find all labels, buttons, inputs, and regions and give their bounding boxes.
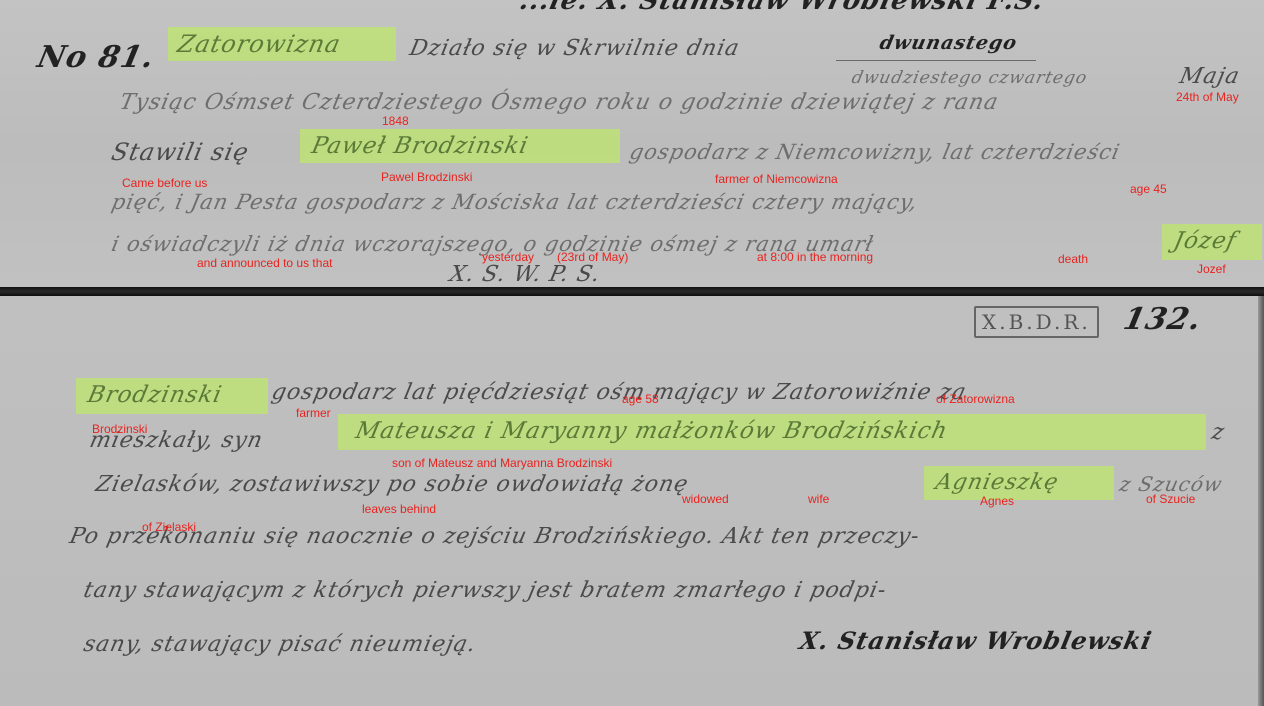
annotation-widow-origin: of Szucie [1146, 492, 1195, 506]
handwriting-line: Działo się w Skrwilnie dnia [407, 36, 742, 61]
handwriting-correction: dwunastego [878, 32, 1020, 54]
highlight-deceased-name: Józef [1162, 224, 1262, 260]
record-number: No 81. [34, 40, 158, 75]
annotation-wife: wife [808, 492, 829, 506]
page-number: 132. [1120, 302, 1205, 337]
annotation-origin: of Zielaski [142, 520, 196, 534]
annotation-came-before: Came before us [122, 176, 207, 190]
highlighted-text: Brodzinski [85, 382, 224, 408]
highlight-place-name: Zatorowizna [168, 27, 396, 61]
record-page-bottom: X.B.D.R. 132. Brodzinski gospodarz lat p… [0, 296, 1264, 706]
highlight-parents-names: Mateusza i Maryanny małżonków Brodziński… [338, 414, 1206, 450]
page-edge [1258, 296, 1264, 706]
record-page-top: ...ie. X. Stanisław Wroblewski F.S. No 8… [0, 0, 1264, 290]
handwriting-line: pięć, i Jan Pesta gospodarz z Mościska l… [109, 190, 920, 214]
annotation-surname: Brodzinski [92, 422, 147, 436]
highlighted-text: Agnieszkę [933, 470, 1061, 495]
handwriting-initials: X. S. W. P. S. [447, 262, 603, 287]
annotation-farmer: farmer [296, 406, 331, 420]
handwriting-line: Zielasków, zostawiwszy po sobie owdowiał… [93, 472, 691, 497]
handwriting-line: Stawili się [109, 138, 252, 166]
annotation-leaves-behind: leaves behind [362, 502, 436, 516]
highlight-declarant-name: Paweł Brodzinski [300, 129, 620, 163]
highlight-surname: Brodzinski [76, 378, 268, 414]
annotation-age: age 45 [1130, 182, 1167, 196]
page-divider [0, 287, 1264, 296]
handwriting-month: Maja [1177, 64, 1242, 89]
annotation-yesterday: yesterday [482, 250, 534, 264]
annotation-date: 24th of May [1176, 90, 1239, 104]
handwriting-line: ...ie. X. Stanisław Wroblewski F.S. [517, 0, 1047, 16]
handwriting-insertion: dwudziestego czwartego [850, 68, 1089, 88]
annotation-widowed: widowed [682, 492, 729, 506]
strike-line [836, 60, 1036, 61]
annotation-year: 1848 [382, 114, 409, 128]
annotation-residence: of Zatorowizna [936, 392, 1015, 406]
highlight-widow-name: Agnieszkę [924, 466, 1114, 500]
handwriting-line: gospodarz lat pięćdziesiąt ośm mający w … [269, 380, 969, 405]
annotation-death: death [1058, 252, 1088, 266]
highlighted-text: Józef [1171, 228, 1239, 254]
handwriting-line: sany, stawający pisać nieumieją. [81, 632, 478, 657]
annotation-time: at 8:00 in the morning [757, 250, 873, 264]
annotation-announced: and announced to us that [197, 256, 332, 270]
highlighted-text: Mateusza i Maryanny małżonków Brodziński… [353, 418, 950, 444]
archive-stamp: X.B.D.R. [974, 306, 1099, 338]
annotation-age: age 58 [622, 392, 659, 406]
highlighted-text: Zatorowizna [175, 30, 344, 58]
annotation-death-date: (23rd of May) [557, 250, 628, 264]
annotation-declarant: Pawel Brodzinski [381, 170, 472, 184]
handwriting-line: tany stawającym z których pierwszy jest … [81, 578, 889, 603]
annotation-occupation: farmer of Niemcowizna [715, 172, 838, 186]
handwriting-line: gospodarz z Niemcowizny, lat czterdzieśc… [627, 140, 1122, 164]
handwriting-line: Tysiąc Ośmset Czterdziestego Ósmego roku… [117, 90, 1001, 115]
annotation-widow-name: Agnes [980, 494, 1014, 508]
highlighted-text: Paweł Brodzinski [309, 133, 531, 159]
handwriting-line: z [1209, 420, 1227, 445]
annotation-parents: son of Mateusz and Maryanna Brodzinski [392, 456, 612, 470]
priest-signature: X. Stanisław Wroblewski [797, 626, 1155, 655]
annotation-deceased-name: Jozef [1197, 262, 1226, 276]
